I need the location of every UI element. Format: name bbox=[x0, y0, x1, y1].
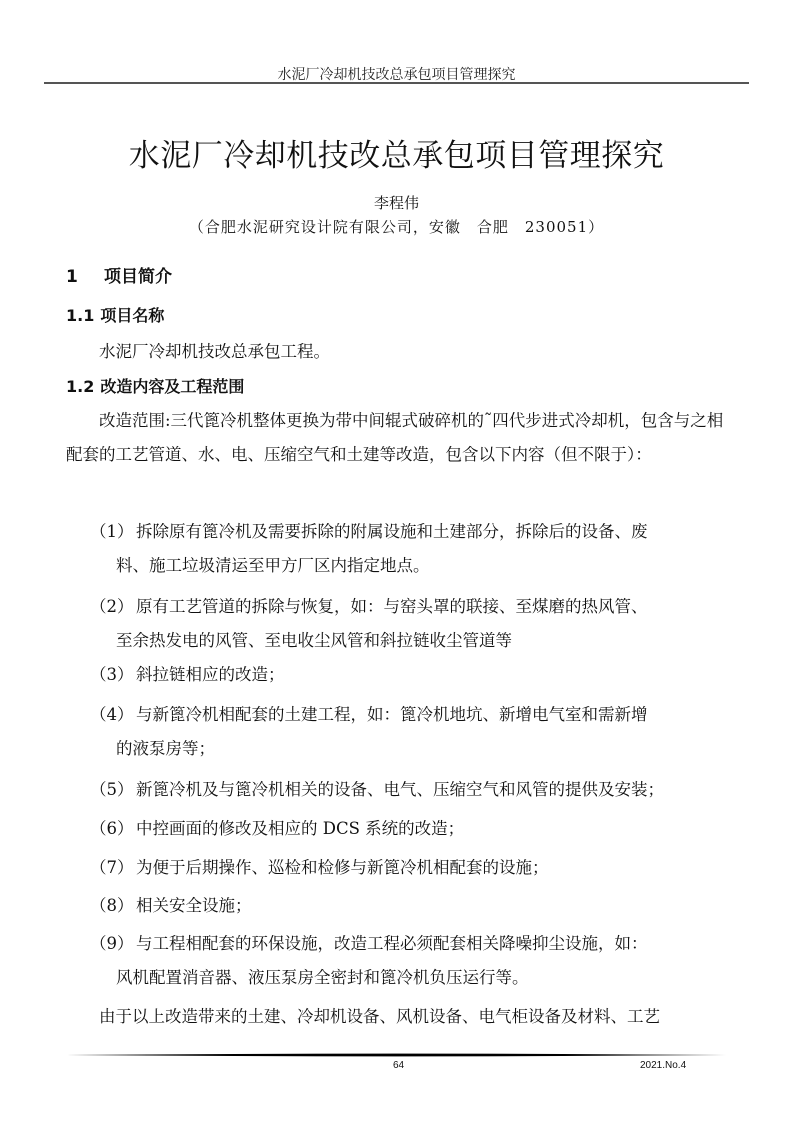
list-item: （8）相关安全设施； bbox=[90, 889, 730, 923]
paragraph: 由于以上改造带来的土建、冷却机设备、风机设备、电气柜设备及材料、工艺 bbox=[66, 1000, 726, 1034]
item-text: 与新篦冷机相配套的土建工程，如：篦冷机地坑、新增电气室和需新增 bbox=[136, 705, 648, 724]
item-text: 相关安全设施； bbox=[136, 896, 252, 915]
list-item: （7）为便于后期操作、巡检和检修与新篦冷机相配套的设施； bbox=[90, 851, 730, 885]
running-header: 水泥厂冷却机技改总承包项目管理探究 bbox=[0, 64, 793, 84]
author: 李程伟 bbox=[0, 192, 793, 213]
item-text-continued: 料、施工垃圾清运至甲方厂区内指定地点。 bbox=[90, 549, 730, 583]
paper-title: 水泥厂冷却机技改总承包项目管理探究 bbox=[0, 130, 793, 175]
section-title: 项目简介 bbox=[104, 267, 172, 287]
section-heading-1: 1项目简介 bbox=[66, 262, 172, 287]
item-number: （9） bbox=[90, 927, 136, 961]
item-text-continued: 风机配置消音器、液压泵房全密封和篦冷机负压运行等。 bbox=[90, 961, 730, 995]
paragraph: 改造范围:三代篦冷机整体更换为带中间辊式破碎机的˜四代步进式冷却机，包含与之相配… bbox=[66, 404, 726, 472]
list-item: （2）原有工艺管道的拆除与恢复，如：与窑头罩的联接、至煤磨的热风管、 至余热发电… bbox=[90, 590, 730, 658]
item-text: 中控画面的修改及相应的 DCS 系统的改造； bbox=[136, 819, 464, 838]
item-number: （2） bbox=[90, 590, 136, 624]
list-item: （6）中控画面的修改及相应的 DCS 系统的改造； bbox=[90, 812, 730, 846]
section-title: 项目名称 bbox=[100, 306, 164, 325]
footer-rule bbox=[66, 1053, 726, 1057]
item-text-continued: 的液泵房等； bbox=[90, 732, 730, 766]
item-text: 原有工艺管道的拆除与恢复，如：与窑头罩的联接、至煤磨的热风管、 bbox=[136, 597, 648, 616]
item-text: 新篦冷机及与篦冷机相关的设备、电气、压缩空气和风管的提供及安装； bbox=[136, 780, 664, 799]
list-item: （3）斜拉链相应的改造； bbox=[90, 658, 730, 692]
list-item: （5）新篦冷机及与篦冷机相关的设备、电气、压缩空气和风管的提供及安装； bbox=[90, 773, 730, 807]
issue-label: 2021.No.4 bbox=[640, 1060, 686, 1071]
section-heading-1-1: 1.1项目名称 bbox=[66, 303, 164, 326]
item-text: 斜拉链相应的改造； bbox=[136, 665, 285, 684]
item-text: 与工程相配套的环保设施，改造工程必须配套相关降噪抑尘设施，如： bbox=[136, 934, 648, 953]
list-item: （4）与新篦冷机相配套的土建工程，如：篦冷机地坑、新增电气室和需新增 的液泵房等… bbox=[90, 698, 730, 766]
item-text-continued: 至余热发电的风管、至电收尘风管和斜拉链收尘管道等 bbox=[90, 624, 730, 658]
section-number: 1.2 bbox=[66, 377, 94, 396]
section-number: 1 bbox=[66, 267, 104, 287]
item-number: （8） bbox=[90, 889, 136, 923]
item-number: （1） bbox=[90, 515, 136, 549]
item-number: （3） bbox=[90, 658, 136, 692]
item-text: 为便于后期操作、巡检和检修与新篦冷机相配套的设施； bbox=[136, 858, 549, 877]
page-number: 64 bbox=[393, 1060, 404, 1071]
item-number: （6） bbox=[90, 812, 136, 846]
paragraph: 水泥厂冷却机技改总承包工程。 bbox=[66, 335, 726, 369]
section-number: 1.1 bbox=[66, 306, 94, 325]
item-number: （7） bbox=[90, 851, 136, 885]
list-item: （9）与工程相配套的环保设施，改造工程必须配套相关降噪抑尘设施，如： 风机配置消… bbox=[90, 927, 730, 995]
section-heading-1-2: 1.2改造内容及工程范围 bbox=[66, 374, 244, 397]
item-number: （4） bbox=[90, 698, 136, 732]
item-text: 拆除原有篦冷机及需要拆除的附属设施和土建部分，拆除后的设备、废 bbox=[136, 522, 648, 541]
section-title: 改造内容及工程范围 bbox=[100, 377, 244, 396]
affiliation: （合肥水泥研究设计院有限公司，安徽 合肥 230051） bbox=[0, 216, 793, 237]
list-item: （1）拆除原有篦冷机及需要拆除的附属设施和土建部分，拆除后的设备、废 料、施工垃… bbox=[90, 515, 730, 583]
item-number: （5） bbox=[90, 773, 136, 807]
header-rule bbox=[44, 82, 749, 84]
